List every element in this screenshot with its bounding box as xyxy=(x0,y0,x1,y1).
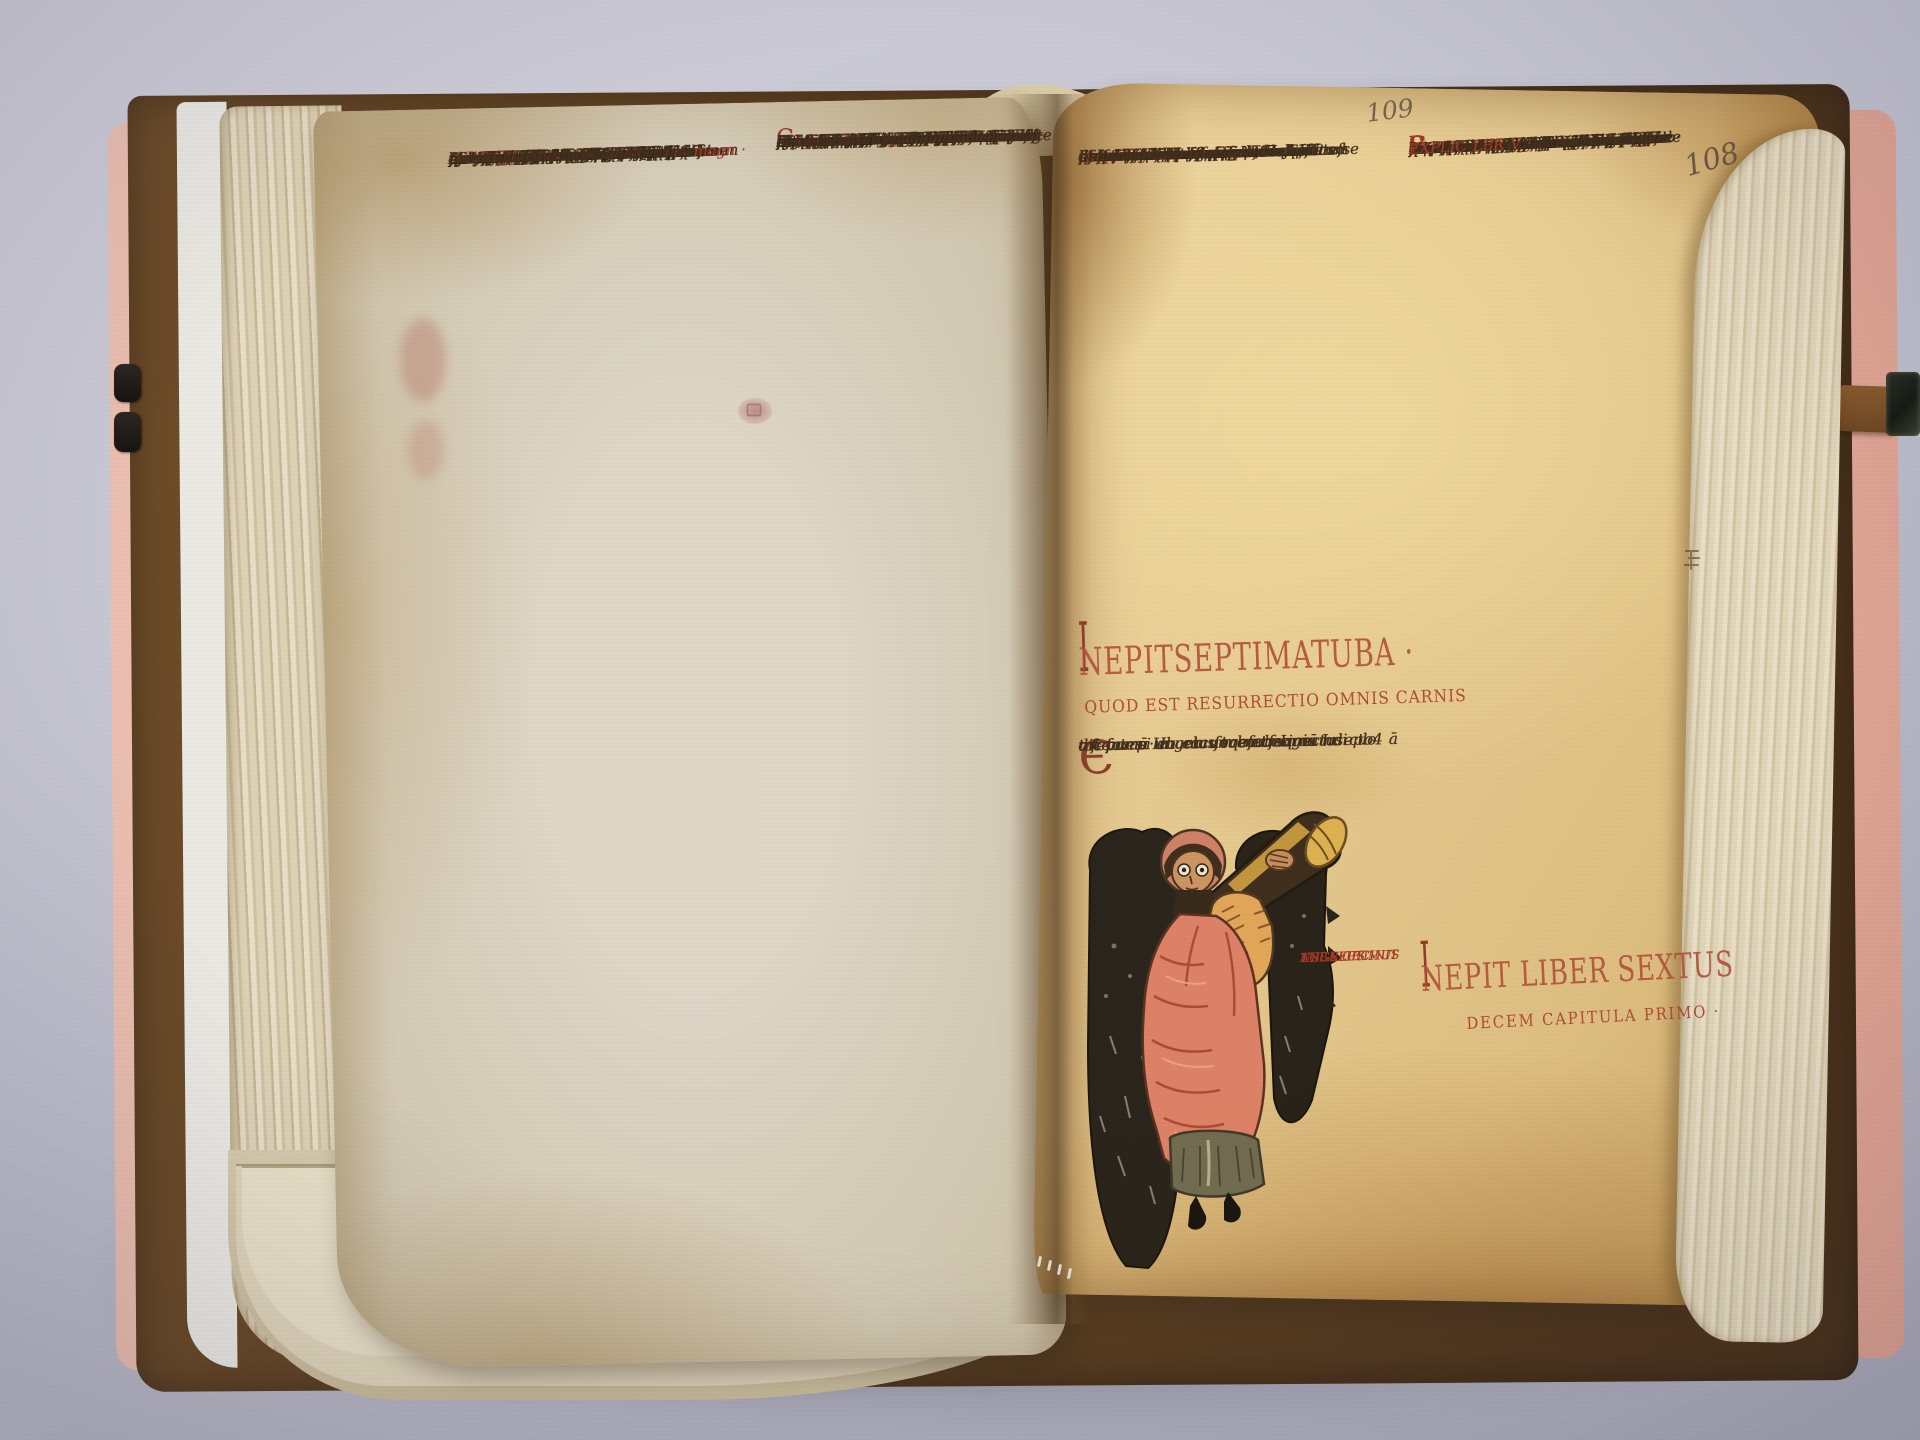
margin-mark xyxy=(1682,548,1706,576)
skirt xyxy=(1170,1131,1264,1197)
page-stack-right xyxy=(1674,127,1845,1344)
margin-stain xyxy=(408,420,444,480)
left-page xyxy=(313,97,1067,1370)
folio-number-109: 109 xyxy=(1364,93,1415,128)
manuscript-photo: dictū delicto moste quid eſse · sibiunu … xyxy=(0,0,1920,1440)
angel-miniature xyxy=(1030,796,1392,1278)
library-stamp xyxy=(738,398,772,424)
clasp-pin xyxy=(114,364,141,402)
margin-stain xyxy=(400,318,446,402)
metal-clasp xyxy=(1886,372,1920,436)
clasp-pin xyxy=(114,412,141,452)
